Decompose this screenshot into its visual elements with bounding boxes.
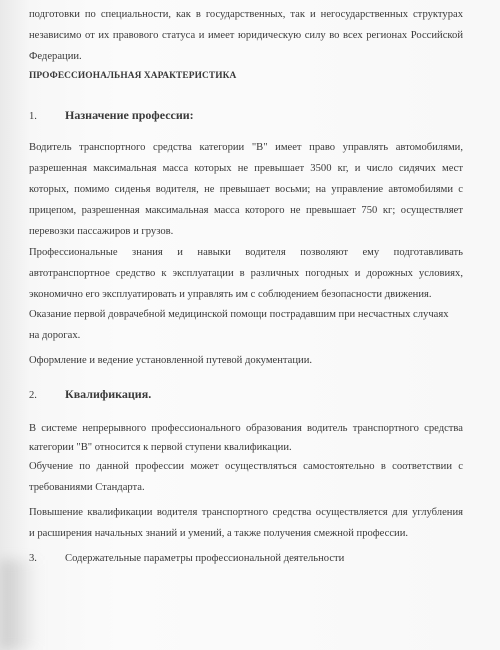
- text-line: Водитель транспортного средства категори…: [29, 137, 463, 158]
- text-line: перевозки пассажиров и грузов.: [29, 221, 463, 242]
- paragraph: Водитель транспортного средства категори…: [29, 137, 463, 242]
- section-heading-1: 1.Назначение профессии:: [29, 105, 463, 127]
- text-line: независимо от их правового статуса и име…: [29, 25, 463, 46]
- text-line: требованиями Стандарта.: [29, 477, 463, 498]
- section-heading-title: Назначение профессии:: [65, 108, 194, 122]
- intro-paragraph: подготовки по специальности, как в госуд…: [29, 4, 463, 67]
- text-line: Повышение квалификации водителя транспор…: [29, 502, 463, 523]
- text-line: на дорогах.: [29, 325, 463, 346]
- section-title: ПРОФЕССИОНАЛЬНАЯ ХАРАКТЕРИСТИКА: [29, 66, 463, 87]
- section-number: 2.: [29, 385, 65, 406]
- section-number: 3.: [29, 548, 65, 569]
- text-line: экономично его эксплуатировать и управля…: [29, 284, 463, 305]
- section-heading-2: 2.Квалификация.: [29, 384, 463, 406]
- section-heading-title: Квалификация.: [65, 387, 151, 401]
- paragraph: Повышение квалификации водителя транспор…: [29, 502, 463, 544]
- paragraph: Профессиональные знания и навыки водител…: [29, 242, 463, 305]
- section-heading-title: Содержательные параметры профессионально…: [65, 553, 344, 564]
- text-line: прицепом, разрешенная максимальная масса…: [29, 200, 463, 221]
- text-line: Оформление и ведение установленной путев…: [29, 350, 463, 371]
- text-line: В системе непрерывного профессионального…: [29, 418, 463, 439]
- paragraph: В системе непрерывного профессионального…: [29, 418, 463, 498]
- text-line: категории "В" относится к первой ступени…: [29, 439, 463, 456]
- text-line: Обучение по данной профессии может осуще…: [29, 456, 463, 477]
- document-page: подготовки по специальности, как в госуд…: [0, 0, 500, 650]
- text-line: Профессиональные знания и навыки водител…: [29, 242, 463, 263]
- paragraph: Оформление и ведение установленной путев…: [29, 350, 463, 371]
- text-line: Оказание первой доврачебной медицинской …: [29, 304, 463, 325]
- page-shadow: [0, 560, 40, 650]
- text-line: Федерации.: [29, 46, 463, 67]
- text-line: подготовки по специальности, как в госуд…: [29, 4, 463, 25]
- paragraph: Оказание первой доврачебной медицинской …: [29, 304, 463, 346]
- text-line: которых, помимо сиденья водителя, не пре…: [29, 179, 463, 200]
- text-line: и расширения начальных знаний и умений, …: [29, 523, 463, 544]
- section-heading-3: 3.Содержательные параметры профессиональ…: [29, 548, 463, 569]
- section-number: 1.: [29, 106, 65, 127]
- text-line: разрешенная максимальная масса которых н…: [29, 158, 463, 179]
- text-line: автотранспортное средство к эксплуатации…: [29, 263, 463, 284]
